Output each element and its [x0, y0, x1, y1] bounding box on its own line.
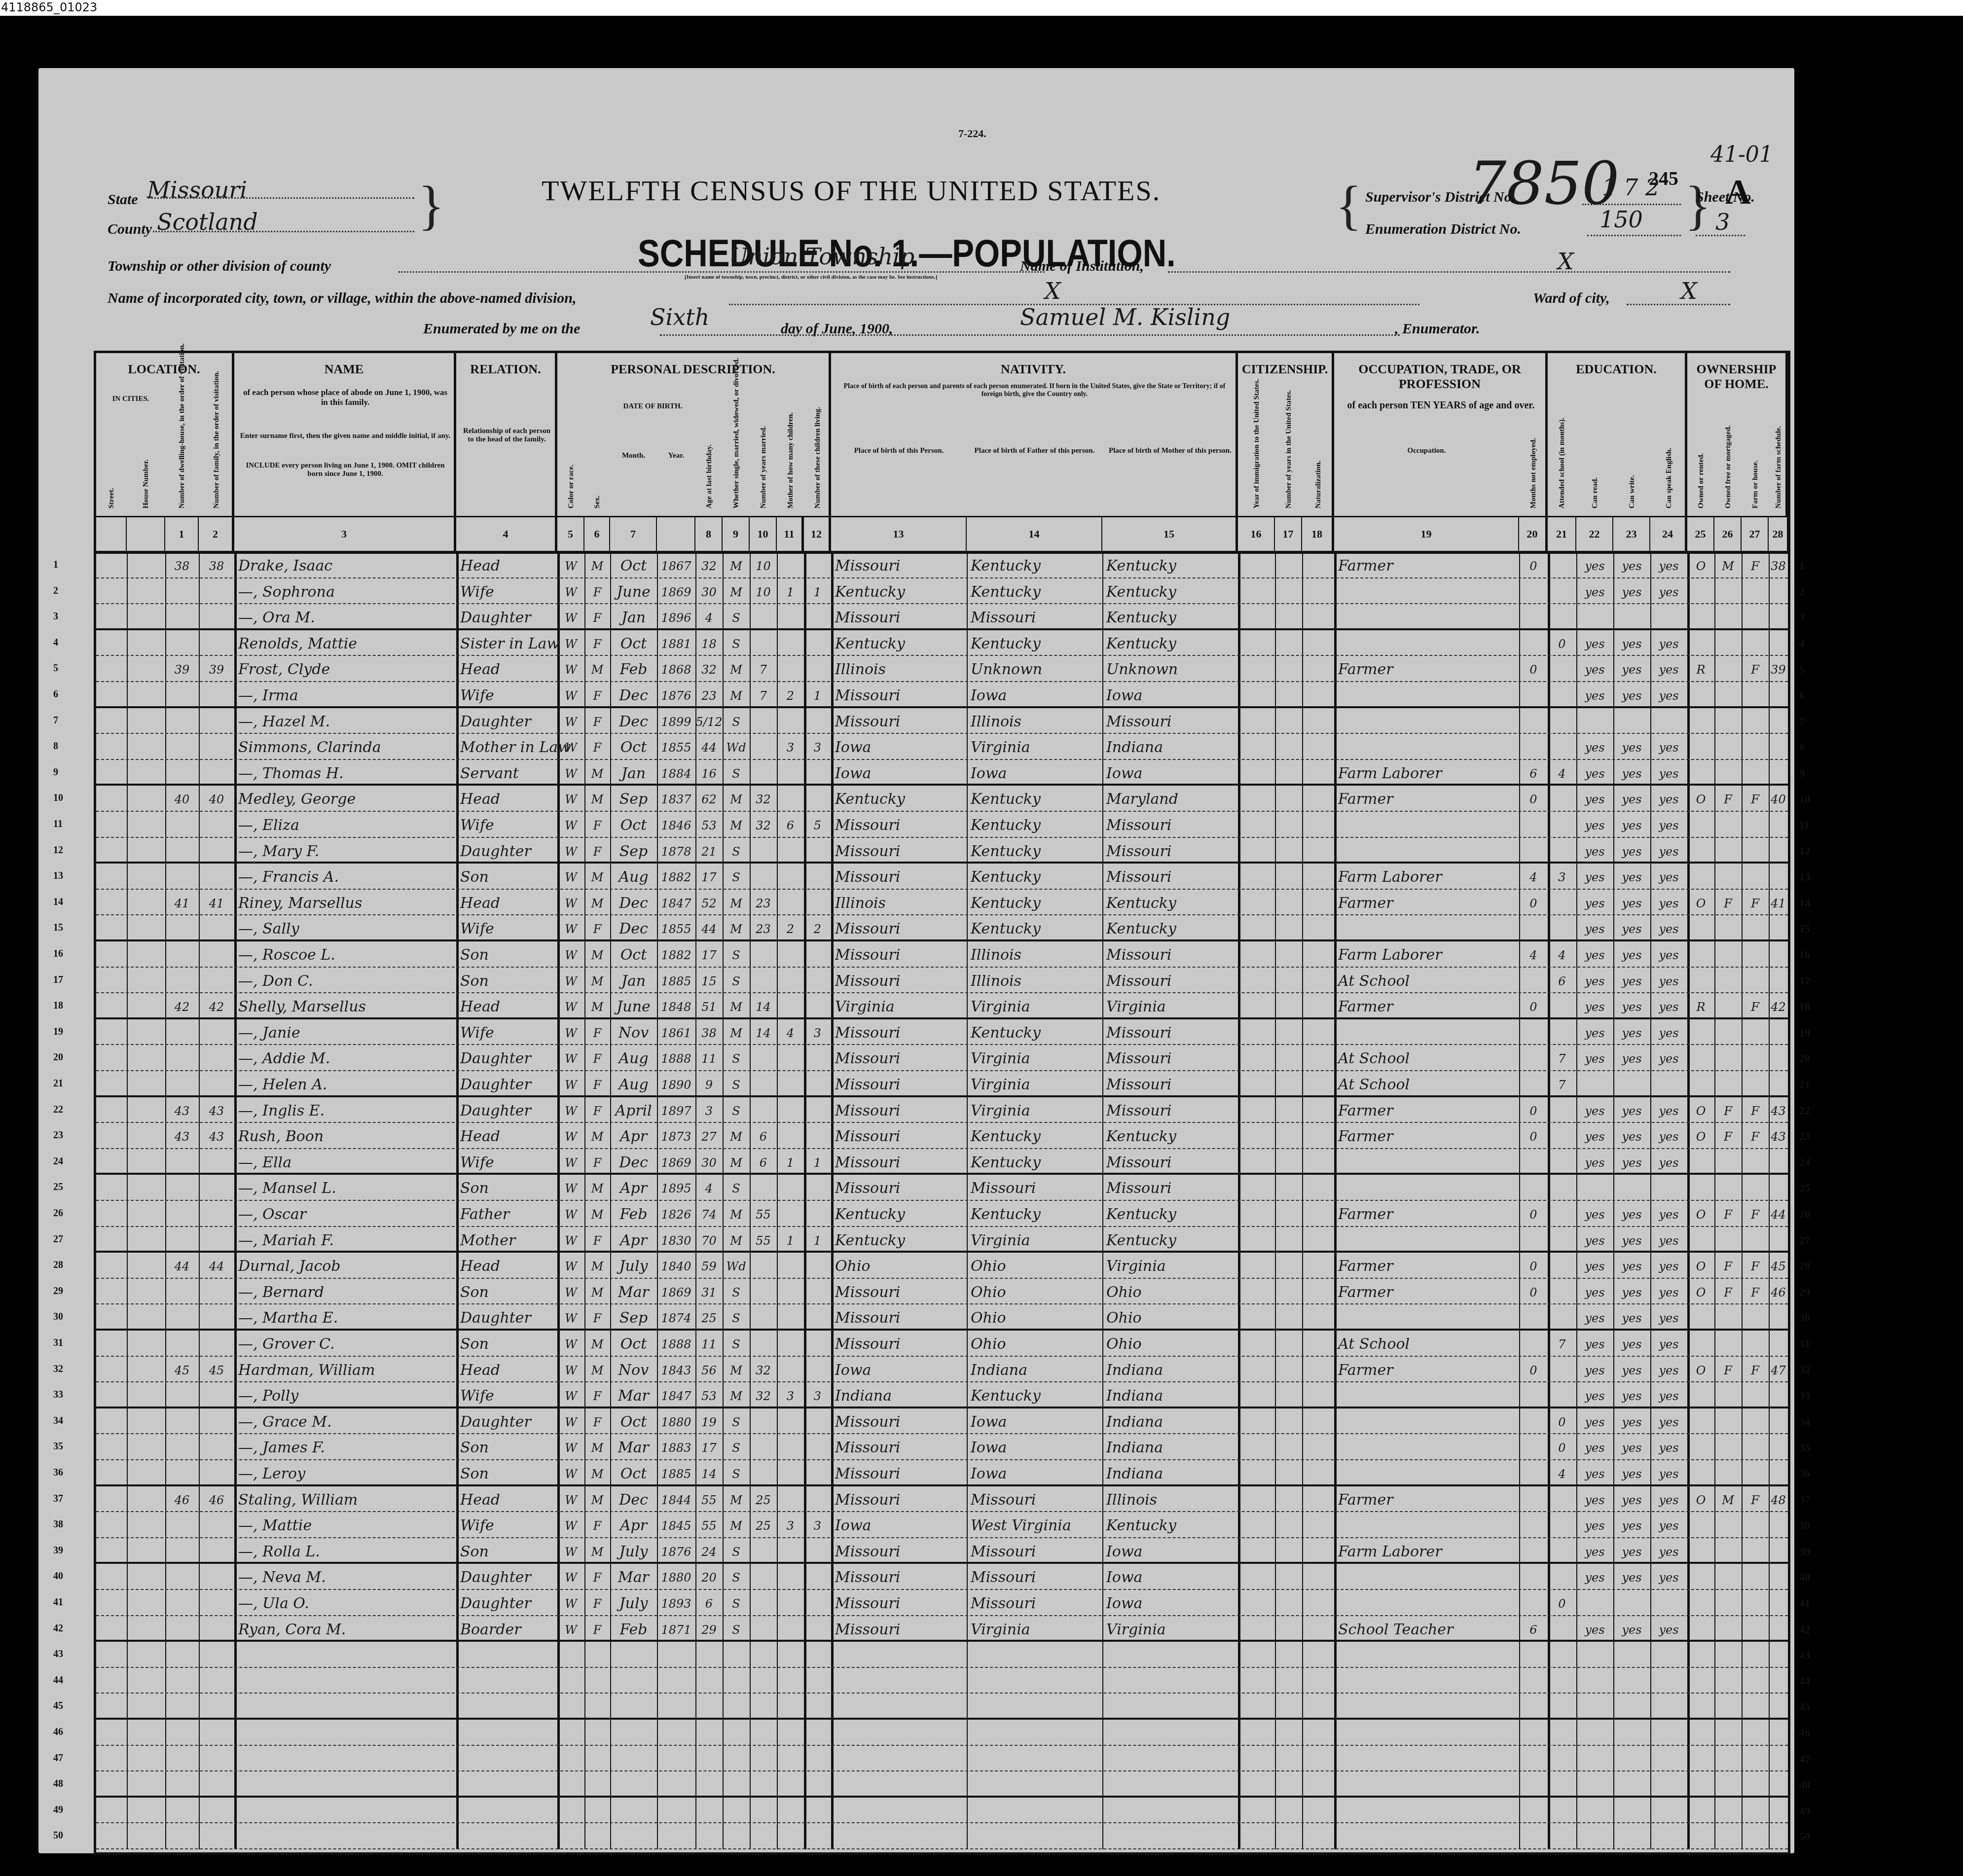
occupation-description: of each person TEN YEARS of age and over… [1339, 400, 1543, 411]
cell-color: W [557, 656, 584, 682]
cell-read: yes [1576, 993, 1613, 1019]
cell-marital: S [723, 708, 750, 734]
column-label-14: Number of these children living. [813, 407, 822, 508]
column-label-box-28: Owned free or mortgaged. [1714, 407, 1742, 513]
cell-age: 11 [695, 1331, 723, 1356]
column-number-24: 22 [1576, 517, 1613, 551]
cell-dwelling: 42 [165, 993, 199, 1019]
cell-school: 0 [1548, 1408, 1576, 1434]
cell-occupation: Farmer [1338, 552, 1393, 578]
cell-color: W [557, 1382, 584, 1408]
line-number-left: 46 [53, 1727, 63, 1738]
column-number-17: 15 [1102, 517, 1238, 551]
column-label-0: Street. [108, 488, 116, 508]
cell-read: yes [1576, 1201, 1613, 1227]
institution-line [1168, 271, 1730, 273]
cell-months-unemp: 0 [1519, 1097, 1548, 1123]
line-number: 32 [1799, 1364, 1810, 1376]
cell-mother-birth: Ohio [1106, 1331, 1142, 1356]
cell-sex: M [584, 656, 610, 682]
cell-mortgage: F [1714, 890, 1742, 915]
cell-owned: O [1687, 1253, 1714, 1278]
cell-birth: Missouri [835, 812, 900, 837]
cell-birth: Missouri [835, 682, 900, 708]
cell-mother-birth: Iowa [1106, 682, 1142, 708]
line-number: 37 [1799, 1493, 1810, 1506]
cell-mortgage: F [1714, 1123, 1742, 1149]
cell-write: yes [1613, 941, 1650, 967]
cell-mother-birth: Ohio [1106, 1304, 1142, 1330]
cell-color: W [557, 1486, 584, 1512]
cell-school: 3 [1548, 864, 1576, 889]
cell-occupation: Farmer [1338, 890, 1393, 915]
cell-relation: Daughter [460, 1590, 531, 1616]
column-label-21: Occupation. [1337, 447, 1516, 455]
line-number: 46 [1799, 1727, 1810, 1739]
cell-yrs-married: 55 [750, 1201, 777, 1227]
cell-mother-birth: Ohio [1106, 1279, 1142, 1304]
cell-owned: O [1687, 1357, 1714, 1382]
cell-father-birth: Missouri [971, 604, 1036, 630]
cell-birth: Missouri [835, 1460, 900, 1486]
cell-marital: M [723, 1357, 750, 1382]
column-number-30: 28 [1769, 517, 1788, 551]
cell-color: W [557, 786, 584, 811]
cell-write: yes [1613, 838, 1650, 864]
cell-relation: Father [460, 1201, 509, 1227]
cell-relation: Daughter [460, 1097, 531, 1123]
cell-family: 39 [199, 656, 234, 682]
cell-father-birth: Iowa [971, 1460, 1007, 1486]
cell-name: Frost, Clyde [238, 656, 330, 682]
line-number-left: 30 [53, 1311, 63, 1323]
column-label-box-3: Number of family, in the order of visita… [199, 407, 234, 513]
cell-marital: M [723, 1512, 750, 1538]
cell-father-birth: Virginia [971, 734, 1030, 759]
line-number: 17 [1799, 974, 1810, 987]
cell-month: Oct [610, 812, 657, 837]
column-label-26: Can speak English. [1665, 448, 1673, 508]
cell-write: yes [1613, 1382, 1650, 1408]
cell-color: W [557, 1279, 584, 1304]
cell-write: yes [1613, 1149, 1650, 1175]
cell-father-birth: Illinois [971, 708, 1021, 734]
cell-month: Dec [610, 1486, 657, 1512]
cell-mortgage: F [1714, 1097, 1742, 1123]
cell-relation: Head [460, 1486, 500, 1512]
name-instruction-2: INCLUDE every person living on June 1, 1… [239, 462, 451, 478]
cell-family: 42 [199, 993, 234, 1019]
line-number: 11 [1799, 819, 1810, 831]
cell-months-unemp: 6 [1519, 1616, 1548, 1642]
cell-english: yes [1650, 760, 1687, 786]
cell-school: 7 [1548, 1331, 1576, 1356]
cell-year: 1878 [657, 838, 695, 864]
cell-birth: Missouri [835, 1045, 900, 1071]
line-number: 29 [1799, 1286, 1810, 1299]
line-number: 25 [1799, 1182, 1810, 1194]
cell-name: —, Irma [238, 682, 298, 708]
cell-months-unemp: 0 [1519, 552, 1548, 578]
column-label-box-12: Number of years married. [750, 407, 777, 513]
census-title: TWELFTH CENSUS OF THE UNITED STATES. [542, 174, 1161, 207]
column-number-2: 1 [165, 517, 199, 551]
cell-farm: F [1742, 1486, 1769, 1512]
cell-yrs-married: 25 [750, 1486, 777, 1512]
column-label-22: Months not employed. [1529, 438, 1538, 508]
line-number-left: 13 [53, 870, 63, 882]
cell-sex: F [584, 1149, 610, 1175]
cell-age: 38 [695, 1019, 723, 1045]
cell-color: W [557, 1149, 584, 1175]
cell-read: yes [1576, 968, 1613, 993]
column-label-20: Naturalization. [1314, 461, 1322, 508]
cell-name: Renolds, Mattie [238, 630, 357, 656]
table-row: —, MattieWifeWFApr184555M2533IowaWest Vi… [96, 1512, 1788, 1538]
cell-birth: Missouri [835, 1071, 900, 1097]
cell-marital: S [723, 968, 750, 993]
cell-relation: Head [460, 890, 500, 915]
line-number-left: 28 [53, 1260, 63, 1271]
column-label-box-30: Number of farm schedule. [1769, 407, 1788, 513]
line-number-left: 20 [53, 1052, 63, 1063]
cell-mortgage: M [1714, 1486, 1742, 1512]
cell-year: 1885 [657, 968, 695, 993]
cell-english: yes [1650, 1564, 1687, 1589]
cell-family: 46 [199, 1486, 234, 1512]
table-row [96, 1746, 1788, 1772]
cell-father-birth: Kentucky [971, 1382, 1041, 1408]
cell-farm: F [1742, 1201, 1769, 1227]
cell-birth: Missouri [835, 838, 900, 864]
cell-birth: Iowa [835, 1512, 871, 1538]
line-number: 47 [1799, 1753, 1810, 1766]
cell-english: yes [1650, 993, 1687, 1019]
cell-living: 1 [804, 1227, 831, 1253]
table-row [96, 1798, 1788, 1824]
ward-label: Ward of city, [1533, 290, 1610, 307]
cell-read: yes [1576, 1512, 1613, 1538]
cell-marital: M [723, 993, 750, 1019]
cell-relation: Daughter [460, 1045, 531, 1071]
line-number: 44 [1799, 1675, 1810, 1688]
line-number: 33 [1799, 1389, 1810, 1402]
cell-farm: F [1742, 1123, 1769, 1149]
cell-year: 1843 [657, 1357, 695, 1382]
cell-write: yes [1613, 1538, 1650, 1564]
table-row: —, Grover C.SonWMOct188811SMissouriOhioO… [96, 1331, 1788, 1357]
cell-sex: M [584, 1434, 610, 1460]
cell-sex: M [584, 1123, 610, 1149]
cell-school: 0 [1548, 630, 1576, 656]
cell-english: yes [1650, 1357, 1687, 1382]
supervisor-line [1582, 204, 1681, 205]
line-number: 40 [1799, 1571, 1810, 1584]
cell-month: Aug [610, 1071, 657, 1097]
table-row: 4646Staling, WilliamHeadWMDec184455M25Mi… [96, 1486, 1788, 1513]
column-label-1: House Number. [142, 460, 150, 508]
cell-sex: F [584, 1408, 610, 1434]
cell-month: Nov [610, 1019, 657, 1045]
cell-living: 3 [804, 1019, 831, 1045]
cell-color: W [557, 890, 584, 915]
cell-english: yes [1650, 1331, 1687, 1356]
cell-relation: Wife [460, 578, 494, 604]
table-row: Ryan, Cora M.BoarderWFFeb187129SMissouri… [96, 1616, 1788, 1642]
cell-birth: Missouri [835, 552, 900, 578]
cell-name: —, Sally [238, 915, 299, 941]
cell-mortgage: F [1714, 786, 1742, 811]
cell-color: W [557, 1019, 584, 1045]
institution-value: X [1558, 248, 1574, 275]
cell-relation: Mother [460, 1227, 515, 1253]
column-label-box-23: Attended school (in months). [1548, 407, 1576, 513]
cell-father-birth: Ohio [971, 1331, 1006, 1356]
cell-sex: M [584, 552, 610, 578]
cell-month: Apr [610, 1227, 657, 1253]
cell-living: 3 [804, 734, 831, 759]
column-label-box-7: Sex. [584, 407, 610, 513]
cell-english: yes [1650, 1019, 1687, 1045]
line-number: 23 [1799, 1130, 1810, 1143]
cell-farm-sched: 38 [1769, 552, 1788, 578]
line-number-left: 38 [53, 1519, 63, 1530]
nativity-description: Place of birth of each person and parent… [836, 383, 1233, 398]
cell-month: July [610, 1590, 657, 1616]
cell-birth: Missouri [835, 1616, 900, 1642]
cell-month: Aug [610, 864, 657, 889]
cell-name: —, Roscoe L. [238, 941, 335, 967]
line-number-left: 5 [53, 663, 58, 674]
line-number-left: 11 [53, 819, 63, 830]
stamp-number: 7850 [1469, 149, 1619, 218]
column-number-3: 2 [199, 517, 234, 551]
cell-mother-birth: Kentucky [1106, 604, 1176, 630]
cell-month: April [610, 1097, 657, 1123]
cell-occupation: At School [1338, 1071, 1410, 1097]
cell-name: —, Leroy [238, 1460, 305, 1486]
cell-sex: M [584, 786, 610, 811]
cell-marital: S [723, 630, 750, 656]
cell-mother-birth: Indiana [1106, 1460, 1163, 1486]
cell-occupation: Farmer [1338, 1279, 1393, 1304]
cell-owned: O [1687, 890, 1714, 915]
cell-write: yes [1613, 1253, 1650, 1278]
cell-name: —, Grace M. [238, 1408, 332, 1434]
line-number-left: 8 [53, 741, 58, 752]
cell-father-birth: Kentucky [971, 1201, 1041, 1227]
cell-yrs-married: 32 [750, 786, 777, 811]
cell-living: 1 [804, 1149, 831, 1175]
cell-mother-birth: Unknown [1106, 656, 1178, 682]
cell-english: yes [1650, 1382, 1687, 1408]
line-number-left: 26 [53, 1208, 63, 1219]
cell-mother-birth: Missouri [1106, 968, 1171, 993]
cell-father-birth: Kentucky [971, 890, 1041, 915]
cell-farm-sched: 45 [1769, 1253, 1788, 1278]
cell-read: yes [1576, 1460, 1613, 1486]
cell-school: 0 [1548, 1590, 1576, 1616]
column-number-25: 23 [1613, 517, 1650, 551]
column-label-box-13: Mother of how many children. [777, 407, 804, 513]
cell-farm-sched: 40 [1769, 786, 1788, 811]
cell-marital: M [723, 1486, 750, 1512]
cell-relation: Wife [460, 812, 494, 837]
cell-birth: Missouri [835, 1019, 900, 1045]
cell-sex: F [584, 1019, 610, 1045]
cell-month: Mar [610, 1382, 657, 1408]
cell-birth: Missouri [835, 1175, 900, 1200]
cell-marital: S [723, 1097, 750, 1123]
line-number: 19 [1799, 1026, 1810, 1039]
cell-month: Mar [610, 1279, 657, 1304]
line-number: 12 [1799, 845, 1810, 858]
cell-english: yes [1650, 1512, 1687, 1538]
cell-mother-birth: Illinois [1106, 1486, 1157, 1512]
cell-read: yes [1576, 890, 1613, 915]
table-row: —, Mary F.DaughterWFSep187821SMissouriKe… [96, 838, 1788, 864]
cell-farm: F [1742, 1097, 1769, 1123]
cell-age: 55 [695, 1512, 723, 1538]
cell-marital: S [723, 760, 750, 786]
cell-relation: Servant [460, 760, 519, 786]
column-label-24: Can read. [1591, 477, 1599, 508]
line-number-left: 16 [53, 948, 63, 960]
cell-birth: Missouri [835, 915, 900, 941]
cell-month: Dec [610, 915, 657, 941]
cell-father-birth: Kentucky [971, 1019, 1041, 1045]
in-cities-label: IN CITIES. [101, 395, 160, 403]
cell-year: 1890 [657, 1071, 695, 1097]
cell-color: W [557, 760, 584, 786]
cell-age: 27 [695, 1123, 723, 1149]
line-number-left: 1 [53, 559, 58, 571]
column-label-box-6: Color or race. [557, 407, 584, 513]
cell-age: 53 [695, 812, 723, 837]
cell-months-unemp: 4 [1519, 864, 1548, 889]
cell-birth: Missouri [835, 1149, 900, 1175]
cell-color: W [557, 1123, 584, 1149]
cell-read: yes [1576, 552, 1613, 578]
column-label-3: Number of family, in the order of visita… [213, 371, 221, 508]
cell-age: 51 [695, 993, 723, 1019]
column-number-16: 14 [967, 517, 1102, 551]
cell-occupation: At School [1338, 968, 1410, 993]
cell-sex: F [584, 604, 610, 630]
cell-sex: M [584, 1460, 610, 1486]
cell-dwelling: 45 [165, 1357, 199, 1382]
cell-write: yes [1613, 1019, 1650, 1045]
column-number-12: 10 [750, 517, 777, 551]
cell-mother-birth: Missouri [1106, 838, 1171, 864]
cell-english: yes [1650, 682, 1687, 708]
cell-age: 29 [695, 1616, 723, 1642]
cell-months-unemp: 0 [1519, 1253, 1548, 1278]
table-row [96, 1771, 1788, 1798]
column-label-29: Farm or house. [1751, 460, 1759, 508]
cell-father-birth: Kentucky [971, 578, 1041, 604]
cell-year: 1874 [657, 1304, 695, 1330]
cell-relation: Son [460, 968, 489, 993]
cell-months-unemp: 0 [1519, 656, 1548, 682]
line-number: 18 [1799, 1000, 1810, 1013]
cell-name: —, Eliza [238, 812, 299, 837]
cell-year: 1895 [657, 1175, 695, 1200]
group-occupation-title: OCCUPATION, TRADE, OR PROFESSION [1334, 362, 1545, 392]
cell-age: 56 [695, 1357, 723, 1382]
cell-age: 15 [695, 968, 723, 993]
column-number-23: 21 [1548, 517, 1576, 551]
group-citizenship-title: CITIZENSHIP. [1238, 362, 1332, 377]
cell-occupation: Farm Laborer [1338, 864, 1442, 889]
cell-write: yes [1613, 1357, 1650, 1382]
cell-english: yes [1650, 1408, 1687, 1434]
group-education-title: EDUCATION. [1548, 362, 1685, 377]
column-label-box-18: Year of immigration to the United States… [1238, 407, 1275, 513]
cell-color: W [557, 1071, 584, 1097]
cell-relation: Son [460, 1460, 489, 1486]
cell-english: yes [1650, 1279, 1687, 1304]
date-of-birth-label: DATE OF BIRTH. [610, 402, 695, 411]
cell-sex: F [584, 630, 610, 656]
cell-marital: M [723, 786, 750, 811]
table-row: 4343Rush, BoonHeadWMApr187327M6MissouriK… [96, 1123, 1788, 1149]
cell-yrs-married: 23 [750, 890, 777, 915]
table-row: —, IrmaWifeWFDec187623M721MissouriIowaIo… [96, 682, 1788, 708]
cell-mother-birth: Kentucky [1106, 915, 1176, 941]
line-number: 21 [1799, 1078, 1810, 1091]
column-label-2: Number of dwelling-house, in the order o… [178, 343, 186, 508]
line-number-left: 35 [53, 1441, 63, 1452]
cell-birth: Missouri [835, 1538, 900, 1564]
cell-dwelling: 46 [165, 1486, 199, 1512]
column-label-box-10: Age at last birthday. [695, 407, 723, 513]
cell-name: —, Polly [238, 1382, 298, 1408]
line-number-left: 23 [53, 1130, 63, 1141]
line-number: 35 [1799, 1441, 1810, 1454]
incorporated-value: X [1045, 278, 1061, 304]
supervisor-label: Supervisor's District No. [1365, 189, 1515, 206]
cell-english: yes [1650, 941, 1687, 967]
cell-birth: Missouri [835, 1279, 900, 1304]
line-number-left: 9 [53, 767, 58, 778]
column-number-7: 6 [584, 517, 610, 551]
cell-mother-birth: Indiana [1106, 1382, 1163, 1408]
cell-read: yes [1576, 1123, 1613, 1149]
table-row: —, SophronaWifeWFJune186930M1011Kentucky… [96, 578, 1788, 605]
cell-english: yes [1650, 1201, 1687, 1227]
cell-yrs-married: 32 [750, 1382, 777, 1408]
column-label-7: Sex. [593, 496, 602, 508]
table-row: —, Martha E.DaughterWFSep187425SMissouri… [96, 1304, 1788, 1331]
cell-color: W [557, 941, 584, 967]
cell-write: yes [1613, 1460, 1650, 1486]
cell-father-birth: Virginia [971, 1071, 1030, 1097]
line-number-left: 10 [53, 793, 63, 804]
cell-write: yes [1613, 1486, 1650, 1512]
column-number-20: 18 [1302, 517, 1334, 551]
column-number-11: 9 [723, 517, 750, 551]
cell-sex: M [584, 760, 610, 786]
cell-color: W [557, 1304, 584, 1330]
column-number-26: 24 [1650, 517, 1687, 551]
cell-write: yes [1613, 1434, 1650, 1460]
cell-relation: Son [460, 1331, 489, 1356]
sheet-label: Sheet No. [1696, 189, 1755, 206]
cell-farm: F [1742, 993, 1769, 1019]
cell-sex: F [584, 578, 610, 604]
cell-birth: Iowa [835, 734, 871, 759]
